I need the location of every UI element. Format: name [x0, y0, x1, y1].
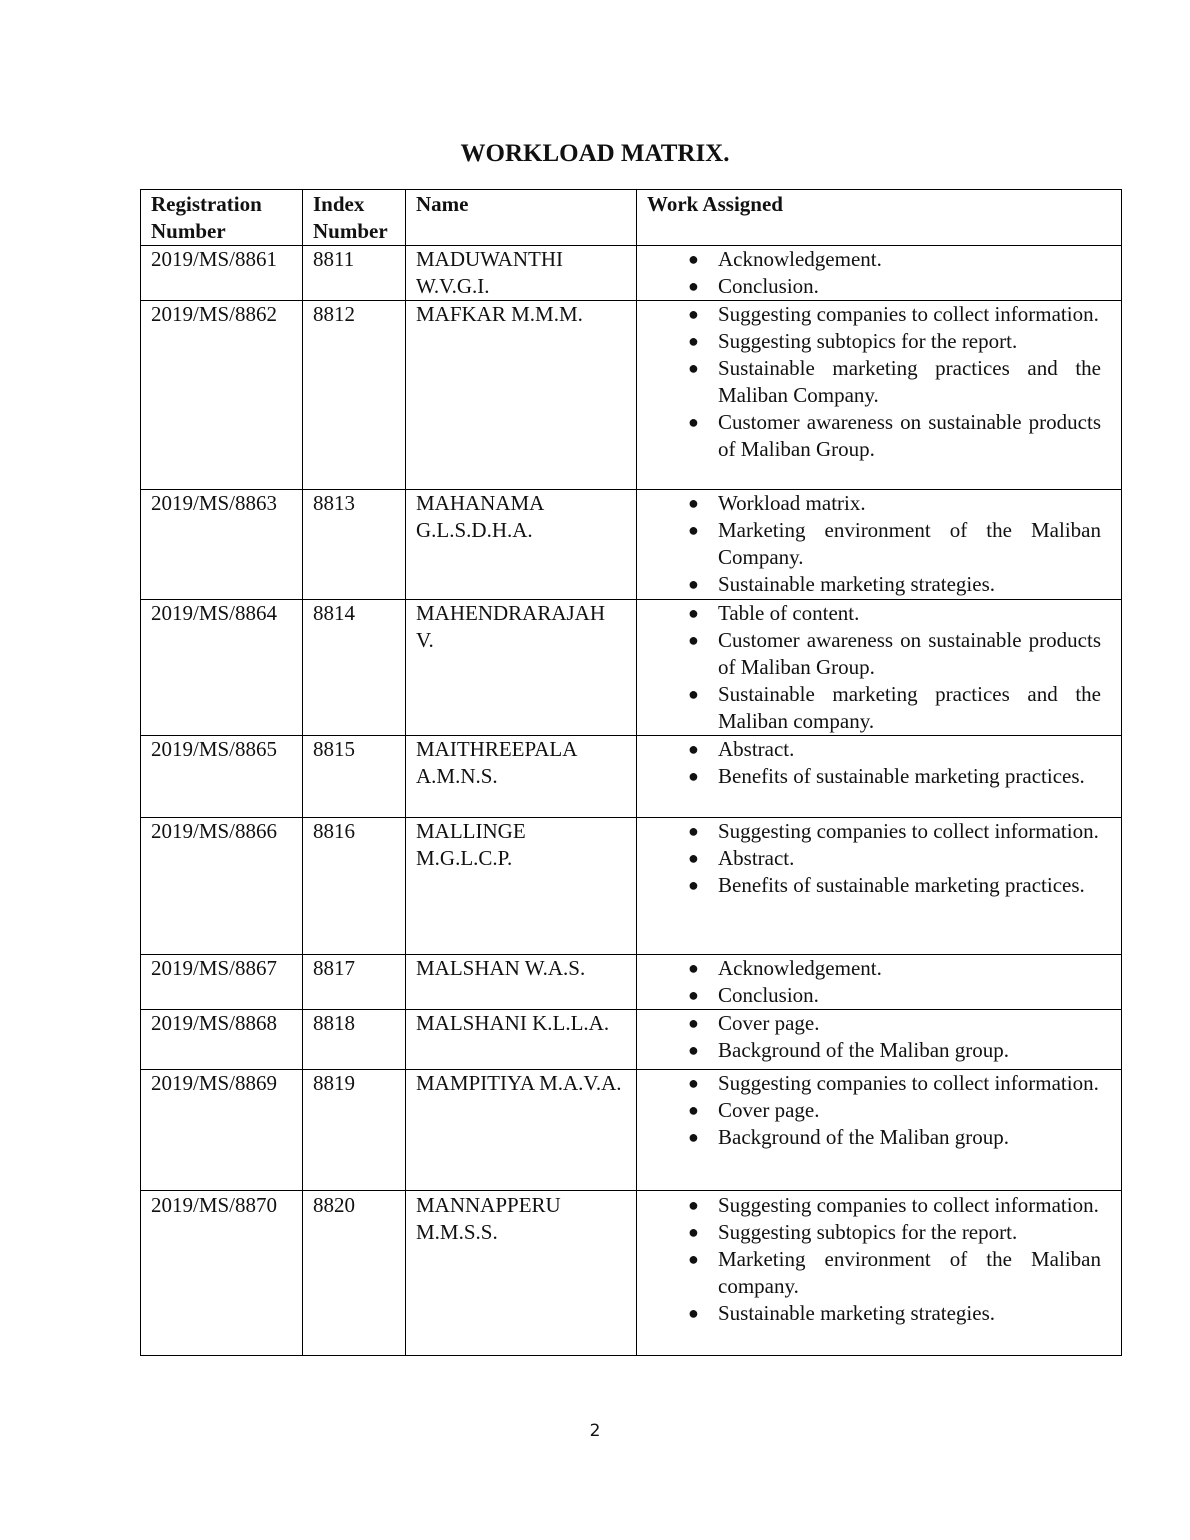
header-registration-number: Registration Number	[141, 190, 303, 246]
header-work-assigned: Work Assigned	[637, 190, 1122, 246]
work-assigned-cell: ●Acknowledgement.●Conclusion.	[637, 955, 1122, 1010]
work-list: ●Abstract.●Benefits of sustainable marke…	[647, 736, 1111, 790]
bullet-icon: ●	[688, 328, 699, 355]
work-item: ●Acknowledgement.	[647, 955, 1101, 982]
work-assigned-cell: ●Cover page.●Background of the Maliban g…	[637, 1010, 1122, 1070]
index-number-cell: 8815	[303, 736, 406, 818]
work-item-text: Sustainable marketing strategies.	[718, 572, 995, 596]
work-item: ●Sustainable marketing strategies.	[647, 1300, 1101, 1327]
bullet-icon: ●	[688, 763, 699, 790]
work-item: ●Acknowledgement.	[647, 246, 1101, 273]
bullet-icon: ●	[688, 409, 699, 436]
work-item-text: Suggesting subtopics for the report.	[718, 329, 1017, 353]
work-item: ●Abstract.	[647, 736, 1101, 763]
work-item: ●Cover page.	[647, 1010, 1101, 1037]
work-item-text: Table of content.	[718, 601, 859, 625]
name-cell: MADUWANTHI W.V.G.I.	[406, 246, 637, 301]
work-item: ●Suggesting companies to collect informa…	[647, 301, 1101, 328]
bullet-icon: ●	[688, 1070, 699, 1097]
work-assigned-cell: ●Table of content.●Customer awareness on…	[637, 600, 1122, 736]
registration-number-cell: 2019/MS/8868	[141, 1010, 303, 1070]
work-item-text: Abstract.	[718, 846, 794, 870]
work-item: ●Benefits of sustainable marketing pract…	[647, 872, 1101, 899]
work-item: ●Workload matrix.	[647, 490, 1101, 517]
index-number-cell: 8811	[303, 246, 406, 301]
work-item-text: Acknowledgement.	[718, 956, 882, 980]
table-row: 2019/MS/88688818MALSHANI K.L.L.A.●Cover …	[141, 1010, 1122, 1070]
work-item: ●Customer awareness on sustainable produ…	[647, 627, 1101, 681]
table-body: 2019/MS/88618811MADUWANTHI W.V.G.I.●Ackn…	[141, 246, 1122, 1356]
work-item: ●Sustainable marketing strategies.	[647, 571, 1101, 598]
work-item: ●Suggesting subtopics for the report.	[647, 328, 1101, 355]
table-row: 2019/MS/88668816MALLINGE M.G.L.C.P.●Sugg…	[141, 818, 1122, 955]
work-item-text: Sustainable marketing practices and the …	[718, 682, 1101, 733]
work-list: ●Suggesting companies to collect informa…	[647, 1192, 1111, 1327]
registration-number-cell: 2019/MS/8861	[141, 246, 303, 301]
work-assigned-cell: ●Suggesting companies to collect informa…	[637, 301, 1122, 490]
index-number-cell: 8813	[303, 490, 406, 600]
work-item-text: Workload matrix.	[718, 491, 866, 515]
registration-number-cell: 2019/MS/8865	[141, 736, 303, 818]
work-item: ●Suggesting companies to collect informa…	[647, 818, 1101, 845]
work-item: ●Table of content.	[647, 600, 1101, 627]
work-item-text: Benefits of sustainable marketing practi…	[718, 764, 1085, 788]
page-number: 2	[0, 1421, 1190, 1441]
work-list: ●Table of content.●Customer awareness on…	[647, 600, 1111, 735]
work-assigned-cell: ●Workload matrix.●Marketing environment …	[637, 490, 1122, 600]
work-item: ●Sustainable marketing practices and the…	[647, 681, 1101, 735]
work-item-text: Suggesting companies to collect informat…	[718, 1193, 1099, 1217]
bullet-icon: ●	[688, 681, 699, 708]
work-item-text: Background of the Maliban group.	[718, 1038, 1009, 1062]
work-item-text: Suggesting companies to collect informat…	[718, 302, 1099, 326]
name-cell: MALSHANI K.L.L.A.	[406, 1010, 637, 1070]
name-cell: MAFKAR M.M.M.	[406, 301, 637, 490]
index-number-cell: 8812	[303, 301, 406, 490]
work-item-text: Conclusion.	[718, 274, 819, 298]
bullet-icon: ●	[688, 246, 699, 273]
header-index-number: Index Number	[303, 190, 406, 246]
index-number-cell: 8817	[303, 955, 406, 1010]
work-item-text: Marketing environment of the Maliban com…	[718, 1247, 1101, 1298]
name-cell: MAHANAMA G.L.S.D.H.A.	[406, 490, 637, 600]
work-item-text: Customer awareness on sustainable produc…	[718, 628, 1101, 679]
work-item: ●Customer awareness on sustainable produ…	[647, 409, 1101, 463]
bullet-icon: ●	[688, 955, 699, 982]
work-assigned-cell: ●Suggesting companies to collect informa…	[637, 1191, 1122, 1356]
work-item: ●Background of the Maliban group.	[647, 1037, 1101, 1064]
work-item: ●Background of the Maliban group.	[647, 1124, 1101, 1151]
table-row: 2019/MS/88708820MANNAPPERU M.M.S.S.●Sugg…	[141, 1191, 1122, 1356]
work-assigned-cell: ●Acknowledgement.●Conclusion.	[637, 246, 1122, 301]
work-assigned-cell: ●Suggesting companies to collect informa…	[637, 818, 1122, 955]
bullet-icon: ●	[688, 301, 699, 328]
work-item: ●Conclusion.	[647, 982, 1101, 1009]
work-item-text: Suggesting subtopics for the report.	[718, 1220, 1017, 1244]
work-item: ●Suggesting companies to collect informa…	[647, 1070, 1101, 1097]
registration-number-cell: 2019/MS/8869	[141, 1070, 303, 1191]
bullet-icon: ●	[688, 1124, 699, 1151]
bullet-icon: ●	[688, 1192, 699, 1219]
bullet-icon: ●	[688, 736, 699, 763]
bullet-icon: ●	[688, 845, 699, 872]
work-item-text: Background of the Maliban group.	[718, 1125, 1009, 1149]
registration-number-cell: 2019/MS/8864	[141, 600, 303, 736]
bullet-icon: ●	[688, 600, 699, 627]
index-number-cell: 8820	[303, 1191, 406, 1356]
registration-number-cell: 2019/MS/8863	[141, 490, 303, 600]
work-list: ●Acknowledgement.●Conclusion.	[647, 246, 1111, 300]
workload-matrix-table: Registration Number Index Number Name Wo…	[140, 189, 1122, 1356]
work-item: ●Cover page.	[647, 1097, 1101, 1124]
work-item: ●Abstract.	[647, 845, 1101, 872]
bullet-icon: ●	[688, 818, 699, 845]
bullet-icon: ●	[688, 490, 699, 517]
work-item-text: Cover page.	[718, 1011, 819, 1035]
registration-number-cell: 2019/MS/8867	[141, 955, 303, 1010]
name-cell: MALLINGE M.G.L.C.P.	[406, 818, 637, 955]
bullet-icon: ●	[688, 1037, 699, 1064]
work-item: ●Marketing environment of the Maliban Co…	[647, 517, 1101, 571]
table-row: 2019/MS/88698819MAMPITIYA M.A.V.A.●Sugge…	[141, 1070, 1122, 1191]
work-item-text: Suggesting companies to collect informat…	[718, 1071, 1099, 1095]
registration-number-cell: 2019/MS/8870	[141, 1191, 303, 1356]
work-item-text: Acknowledgement.	[718, 247, 882, 271]
bullet-icon: ●	[688, 982, 699, 1009]
bullet-icon: ●	[688, 355, 699, 382]
work-item: ●Suggesting subtopics for the report.	[647, 1219, 1101, 1246]
name-cell: MAITHREEPALA A.M.N.S.	[406, 736, 637, 818]
bullet-icon: ●	[688, 1097, 699, 1124]
work-item-text: Abstract.	[718, 737, 794, 761]
work-item: ●Benefits of sustainable marketing pract…	[647, 763, 1101, 790]
bullet-icon: ●	[688, 517, 699, 544]
work-list: ●Suggesting companies to collect informa…	[647, 818, 1111, 899]
work-list: ●Cover page.●Background of the Maliban g…	[647, 1010, 1111, 1064]
work-item-text: Cover page.	[718, 1098, 819, 1122]
registration-number-cell: 2019/MS/8866	[141, 818, 303, 955]
name-cell: MAHENDRARAJAH V.	[406, 600, 637, 736]
bullet-icon: ●	[688, 627, 699, 654]
header-name: Name	[406, 190, 637, 246]
bullet-icon: ●	[688, 1246, 699, 1273]
work-item: ●Marketing environment of the Maliban co…	[647, 1246, 1101, 1300]
work-item-text: Sustainable marketing strategies.	[718, 1301, 995, 1325]
bullet-icon: ●	[688, 1219, 699, 1246]
index-number-cell: 8814	[303, 600, 406, 736]
work-list: ●Workload matrix.●Marketing environment …	[647, 490, 1111, 598]
work-item-text: Customer awareness on sustainable produc…	[718, 410, 1101, 461]
table-header-row: Registration Number Index Number Name Wo…	[141, 190, 1122, 246]
bullet-icon: ●	[688, 571, 699, 598]
table-row: 2019/MS/88678817MALSHAN W.A.S.●Acknowled…	[141, 955, 1122, 1010]
table-row: 2019/MS/88638813MAHANAMA G.L.S.D.H.A.●Wo…	[141, 490, 1122, 600]
work-assigned-cell: ●Abstract.●Benefits of sustainable marke…	[637, 736, 1122, 818]
work-list: ●Suggesting companies to collect informa…	[647, 301, 1111, 463]
page-title: WORKLOAD MATRIX.	[0, 140, 1190, 168]
work-item-text: Conclusion.	[718, 983, 819, 1007]
work-item-text: Sustainable marketing practices and the …	[718, 356, 1101, 407]
work-item: ●Suggesting companies to collect informa…	[647, 1192, 1101, 1219]
work-item-text: Suggesting companies to collect informat…	[718, 819, 1099, 843]
index-number-cell: 8818	[303, 1010, 406, 1070]
work-item-text: Benefits of sustainable marketing practi…	[718, 873, 1085, 897]
table-row: 2019/MS/88658815MAITHREEPALA A.M.N.S.●Ab…	[141, 736, 1122, 818]
name-cell: MALSHAN W.A.S.	[406, 955, 637, 1010]
registration-number-cell: 2019/MS/8862	[141, 301, 303, 490]
bullet-icon: ●	[688, 273, 699, 300]
bullet-icon: ●	[688, 1010, 699, 1037]
table-row: 2019/MS/88618811MADUWANTHI W.V.G.I.●Ackn…	[141, 246, 1122, 301]
work-list: ●Suggesting companies to collect informa…	[647, 1070, 1111, 1151]
name-cell: MAMPITIYA M.A.V.A.	[406, 1070, 637, 1191]
index-number-cell: 8816	[303, 818, 406, 955]
bullet-icon: ●	[688, 872, 699, 899]
work-list: ●Acknowledgement.●Conclusion.	[647, 955, 1111, 1009]
bullet-icon: ●	[688, 1300, 699, 1327]
name-cell: MANNAPPERU M.M.S.S.	[406, 1191, 637, 1356]
index-number-cell: 8819	[303, 1070, 406, 1191]
work-item: ●Sustainable marketing practices and the…	[647, 355, 1101, 409]
work-item-text: Marketing environment of the Maliban Com…	[718, 518, 1101, 569]
table-row: 2019/MS/88648814MAHENDRARAJAH V.●Table o…	[141, 600, 1122, 736]
work-assigned-cell: ●Suggesting companies to collect informa…	[637, 1070, 1122, 1191]
work-item: ●Conclusion.	[647, 273, 1101, 300]
table-row: 2019/MS/88628812MAFKAR M.M.M.●Suggesting…	[141, 301, 1122, 490]
